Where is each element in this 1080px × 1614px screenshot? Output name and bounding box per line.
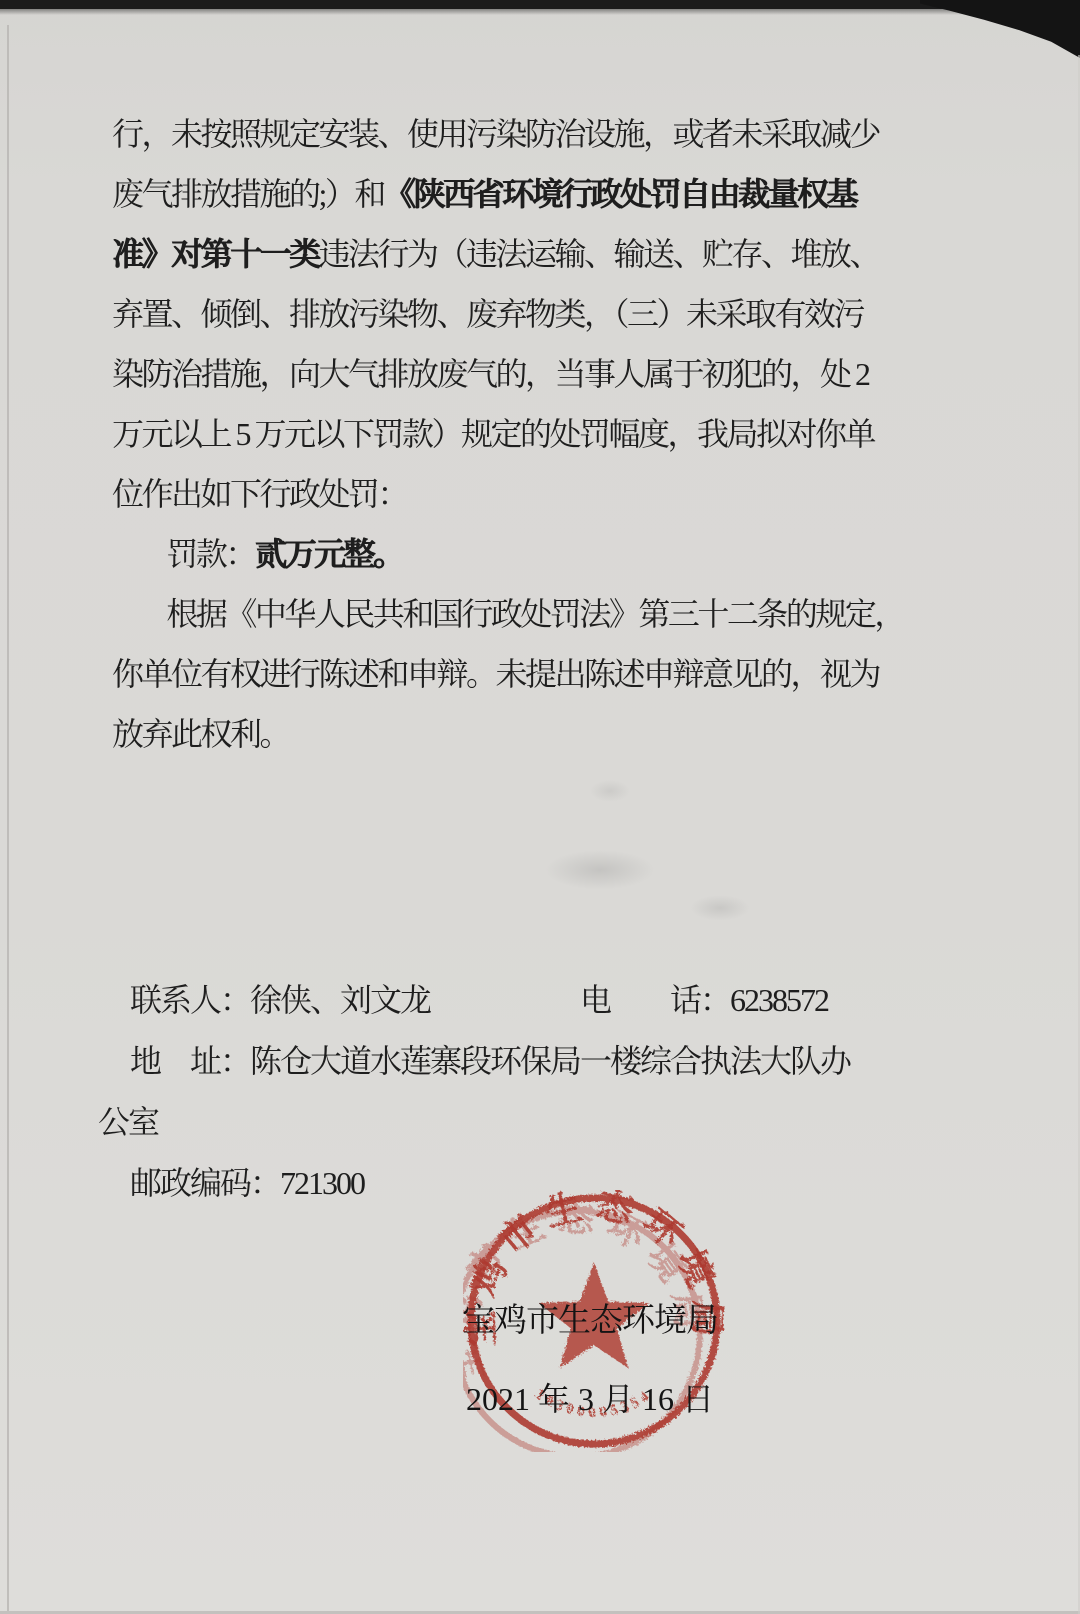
document-line: 万元以上 5 万元以下罚款）规定的处罚幅度，我局拟对你单 xyxy=(112,404,992,464)
text-segment: 弃置、倾倒、排放污染物、废弃物类，（三）未采取有效污 xyxy=(112,296,863,332)
document-line: 弃置、倾倒、排放污染物、废弃物类，（三）未采取有效污 xyxy=(112,284,992,344)
document-line: 位作出如下行政处罚： xyxy=(112,464,992,524)
text-segment: 放弃此权利。 xyxy=(112,716,289,752)
document-line: 放弃此权利。 xyxy=(112,704,992,764)
text-segment: 公室 xyxy=(98,1104,158,1140)
scan-smudge xyxy=(690,895,750,921)
scan-artifact-left-edge xyxy=(7,25,9,1614)
document-line: 地 址：陈仓大道水莲寨段环保局一楼综合执法大队办 xyxy=(98,1031,998,1092)
document-line: 联系人：徐侠、刘文龙 电 话：6238572 xyxy=(98,970,998,1031)
scan-smudge xyxy=(590,780,630,802)
body-text: 行，未按照规定安装、使用污染防治设施，或者未采取减少废气排放措施的;）和《陕西省… xyxy=(112,104,992,764)
document-line: 废气排放措施的;）和《陕西省环境行政处罚自由裁量权基 xyxy=(112,164,992,224)
contact-block: 联系人：徐侠、刘文龙 电 话：6238572地 址：陈仓大道水莲寨段环保局一楼综… xyxy=(98,970,998,1214)
text-segment: 废气排放措施的;）和 xyxy=(112,176,384,212)
text-segment: 染防治措施，向大气排放废气的，当事人属于初犯的，处 2 xyxy=(112,356,869,392)
document-line: 准》对第十一类违法行为（违法运输、输送、贮存、堆放、 xyxy=(112,224,992,284)
signature-agency: 宝鸡市生态环境局 xyxy=(440,1300,740,1342)
text-segment: 万元以上 5 万元以下罚款）规定的处罚幅度，我局拟对你单 xyxy=(112,416,874,452)
text-segment: 违法行为（违法运输、输送、贮存、堆放、 xyxy=(319,236,880,272)
document-line: 染防治措施，向大气排放废气的，当事人属于初犯的，处 2 xyxy=(112,344,992,404)
scan-artifact-top-edge xyxy=(0,0,1080,9)
document-line: 公室 xyxy=(98,1092,998,1153)
document-line: 你单位有权进行陈述和申辩。未提出陈述申辩意见的，视为 xyxy=(112,644,992,704)
text-segment-bold: 《陕西省环境行政处罚自由裁量权基 xyxy=(384,176,856,212)
text-segment-bold: 准》对第十一类 xyxy=(112,236,319,272)
text-segment: 位作出如下行政处罚： xyxy=(112,476,407,512)
scan-artifact-corner-blob xyxy=(920,0,1080,58)
document-line: 罚款：贰万元整。 xyxy=(112,524,992,584)
document-line: 根据《中华人民共和国行政处罚法》第三十二条的规定， xyxy=(112,584,992,644)
text-segment: 邮政编码：721300 xyxy=(130,1165,364,1201)
text-segment: 你单位有权进行陈述和申辩。未提出陈述申辩意见的，视为 xyxy=(112,656,879,692)
text-segment: 联系人：徐侠、刘文龙 电 话：6238572 xyxy=(130,982,828,1018)
text-segment-bold: 贰万元整。 xyxy=(255,536,403,572)
signature-date: 2021 年 3 月 16 日 xyxy=(445,1378,735,1420)
text-segment: 地 址：陈仓大道水莲寨段环保局一楼综合执法大队办 xyxy=(130,1043,850,1079)
scan-artifact-top-fade xyxy=(0,9,1080,15)
text-segment: 罚款： xyxy=(166,536,255,572)
text-segment: 行，未按照规定安装、使用污染防治设施，或者未采取减少 xyxy=(112,116,879,152)
document-line: 行，未按照规定安装、使用污染防治设施，或者未采取减少 xyxy=(112,104,992,164)
scanned-document-page: 行，未按照规定安装、使用污染防治设施，或者未采取减少废气排放措施的;）和《陕西省… xyxy=(0,0,1080,1614)
scan-smudge xyxy=(545,850,655,890)
text-segment: 根据《中华人民共和国行政处罚法》第三十二条的规定， xyxy=(166,596,904,632)
